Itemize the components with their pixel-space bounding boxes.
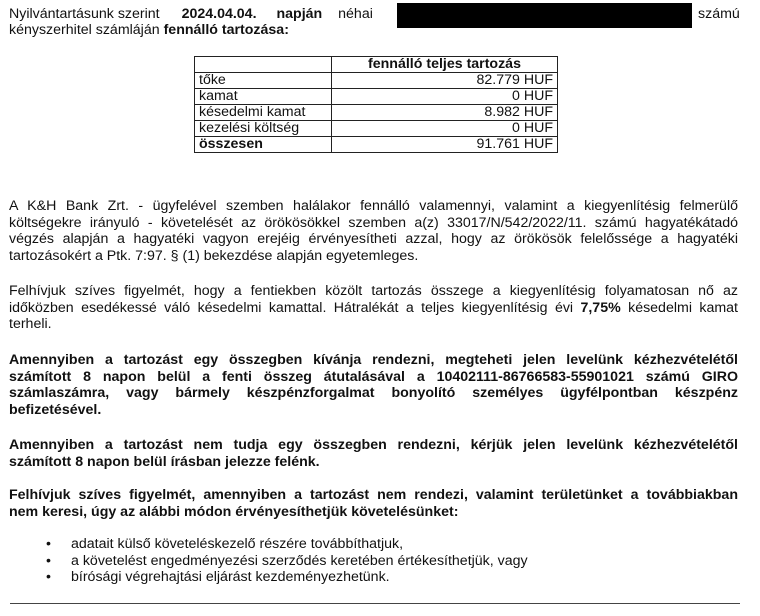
bullet-icon: • xyxy=(46,536,51,553)
paragraph-payment: Amennyiben a tartozást egy összegben kív… xyxy=(9,352,738,418)
paragraph-line: végzés alapján a hagyatéki vagyon erejéi… xyxy=(9,231,738,248)
paragraph-interest: Felhívjuk szíves figyelmét, hogy a fenti… xyxy=(9,283,738,333)
row-value: 82.779 HUF xyxy=(332,73,558,89)
table-row: kezelési költség 0 HUF xyxy=(195,121,558,137)
row-label: kamat xyxy=(195,89,332,105)
paragraph-line: befizetésével. xyxy=(9,402,738,419)
paragraph-line: terheli. xyxy=(9,316,738,333)
debt-table-empty-header xyxy=(195,57,332,73)
paragraph-line: Felhívjuk szíves figyelmét, hogy a fenti… xyxy=(9,283,738,300)
paragraph-line: Amennyiben a tartozást egy összegben kív… xyxy=(9,352,738,369)
paragraph-line: számított 8 napon belül a fenti összeg á… xyxy=(9,369,738,386)
interest-rate: 7,75% xyxy=(580,300,620,316)
row-value: 8.982 HUF xyxy=(332,105,558,121)
paragraph-line: Felhívjuk szíves figyelmét, amennyiben a… xyxy=(9,487,738,504)
row-label: tőke xyxy=(195,73,332,89)
paragraph-line: Amennyiben a tartozást nem tudja egy öss… xyxy=(9,437,738,454)
row-label: kezelési költség xyxy=(195,121,332,137)
debt-table: fennálló teljes tartozás tőke 82.779 HUF… xyxy=(194,56,558,153)
paragraph-line: tartozásokért a Ptk. 7:97. § (1) bekezdé… xyxy=(9,248,738,265)
row-value-total: 91.761 HUF xyxy=(332,137,558,153)
paragraph-line: nem keresi, úgy az alábbi módon érvényes… xyxy=(9,504,738,521)
enforcement-options-list: • adatait külső követeléskezelő részére … xyxy=(0,536,528,586)
statement-date: 2024.04.04. xyxy=(182,6,257,22)
intro-szamu: számú xyxy=(698,6,740,22)
row-value: 0 HUF xyxy=(332,89,558,105)
table-row-total: összesen 91.761 HUF xyxy=(195,137,558,153)
list-item-text: adatait külső követeléskezelő részére to… xyxy=(71,536,403,552)
table-row: késedelmi kamat 8.982 HUF xyxy=(195,105,558,121)
paragraph-line: számlaszámra, vagy bármely készpénzforga… xyxy=(9,385,738,402)
row-label-total: összesen xyxy=(195,137,332,153)
paragraph-line: A K&H Bank Zrt. - ügyfelével szemben hal… xyxy=(9,198,738,215)
paragraph-line: időközben esedékessé váló késedelmi kama… xyxy=(9,300,738,317)
intro-napjan: napján xyxy=(276,6,322,22)
list-item: • a követelést engedményezési szerződés … xyxy=(0,553,528,570)
intro-debt-heading: fennálló tartozása: xyxy=(164,22,289,38)
table-row: tőke 82.779 HUF xyxy=(195,73,558,89)
bullet-icon: • xyxy=(46,553,51,570)
intro-nehai: néhai xyxy=(338,6,373,22)
table-row: kamat 0 HUF xyxy=(195,89,558,105)
debt-table-header: fennálló teljes tartozás xyxy=(332,57,558,73)
debt-table-header-row: fennálló teljes tartozás xyxy=(195,57,558,73)
paragraph-enforcement: Felhívjuk szíves figyelmét, amennyiben a… xyxy=(9,487,738,520)
interest-text: időközben esedékessé váló késedelmi kama… xyxy=(9,300,573,316)
intro-text: Nyilvántartásunk szerint xyxy=(9,6,160,22)
paragraph-line: költségekre irányuló - követelését az ör… xyxy=(9,215,738,232)
list-item: • adatait külső követeléskezelő részére … xyxy=(0,536,528,553)
intro-text-2: kényszerhitel számláján xyxy=(9,22,160,38)
row-value: 0 HUF xyxy=(332,121,558,137)
interest-text-2: késedelmi kamat xyxy=(628,300,738,316)
row-label: késedelmi kamat xyxy=(195,105,332,121)
paragraph-inheritance: A K&H Bank Zrt. - ügyfelével szemben hal… xyxy=(9,198,738,264)
bottom-divider xyxy=(10,603,740,604)
list-item-text: bírósági végrehajtási eljárást kezdemény… xyxy=(71,569,390,585)
intro-line-2: kényszerhitel számláján fennálló tartozá… xyxy=(9,22,738,38)
paragraph-line: számított 8 napon belül írásban jelezze … xyxy=(9,454,738,471)
paragraph-notify: Amennyiben a tartozást nem tudja egy öss… xyxy=(9,437,738,470)
list-item-text: a követelést engedményezési szerződés ke… xyxy=(71,553,528,569)
list-item: • bírósági végrehajtási eljárást kezdemé… xyxy=(0,569,528,586)
bullet-icon: • xyxy=(46,569,51,586)
